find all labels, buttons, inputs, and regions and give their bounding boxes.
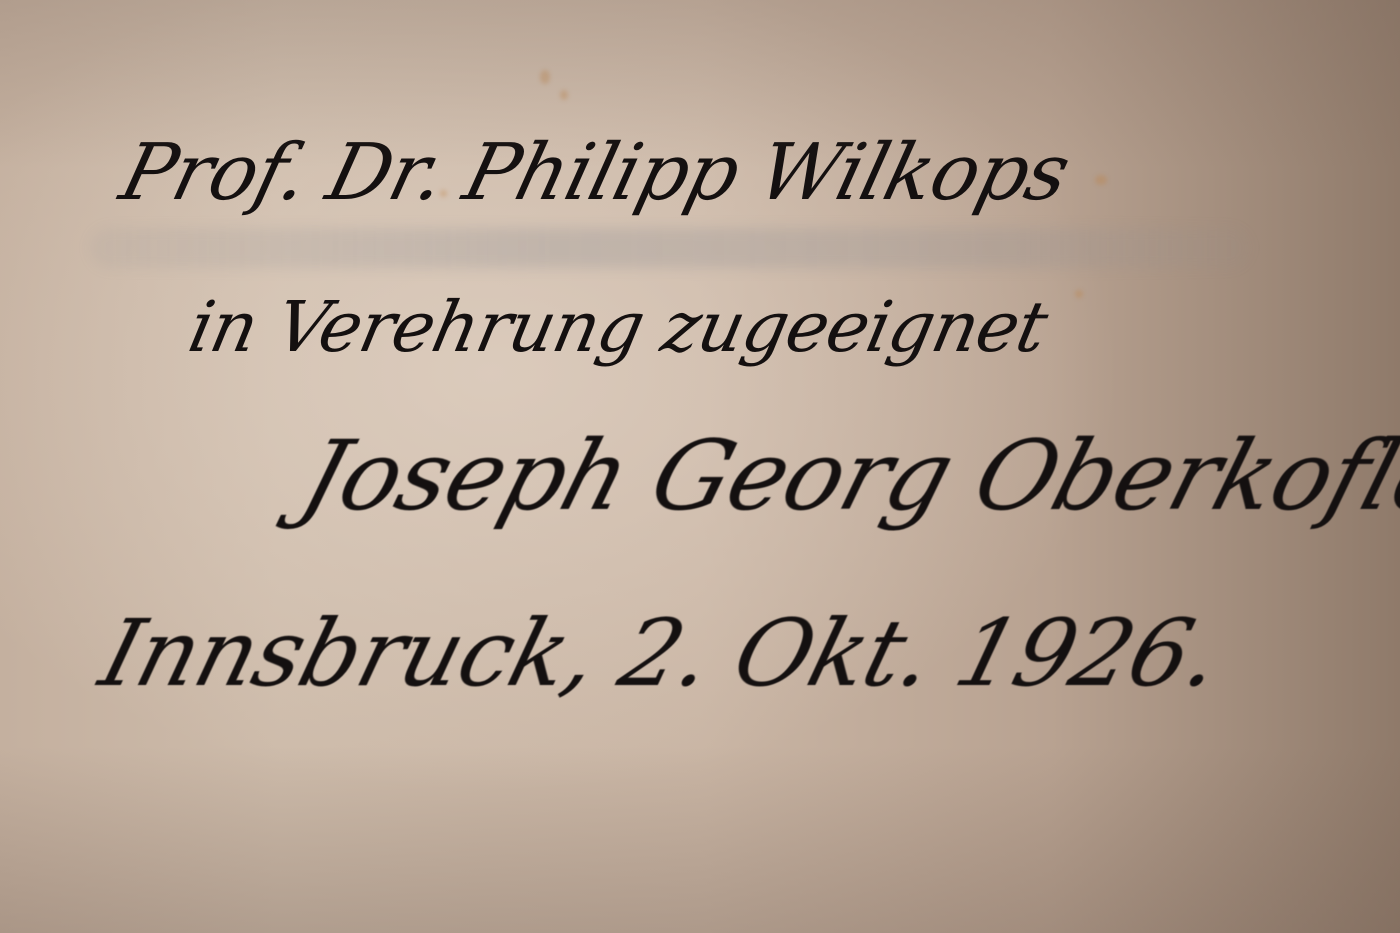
foxing-spot bbox=[1095, 175, 1107, 185]
foxing-spot bbox=[540, 70, 550, 84]
foxing-spot bbox=[1075, 290, 1083, 298]
inscription-place-date: Innsbruck, 2. Okt. 1926. bbox=[90, 600, 1232, 707]
inscription-dedication: in Verehrung zugeeignet bbox=[182, 286, 1054, 368]
inscription-signature: Joseph Georg Oberkofler bbox=[290, 420, 1400, 532]
inscription-recipient: Prof. Dr. Philipp Wilkops bbox=[112, 128, 1078, 218]
foxing-spot bbox=[560, 90, 568, 100]
show-through-print bbox=[90, 228, 1250, 268]
